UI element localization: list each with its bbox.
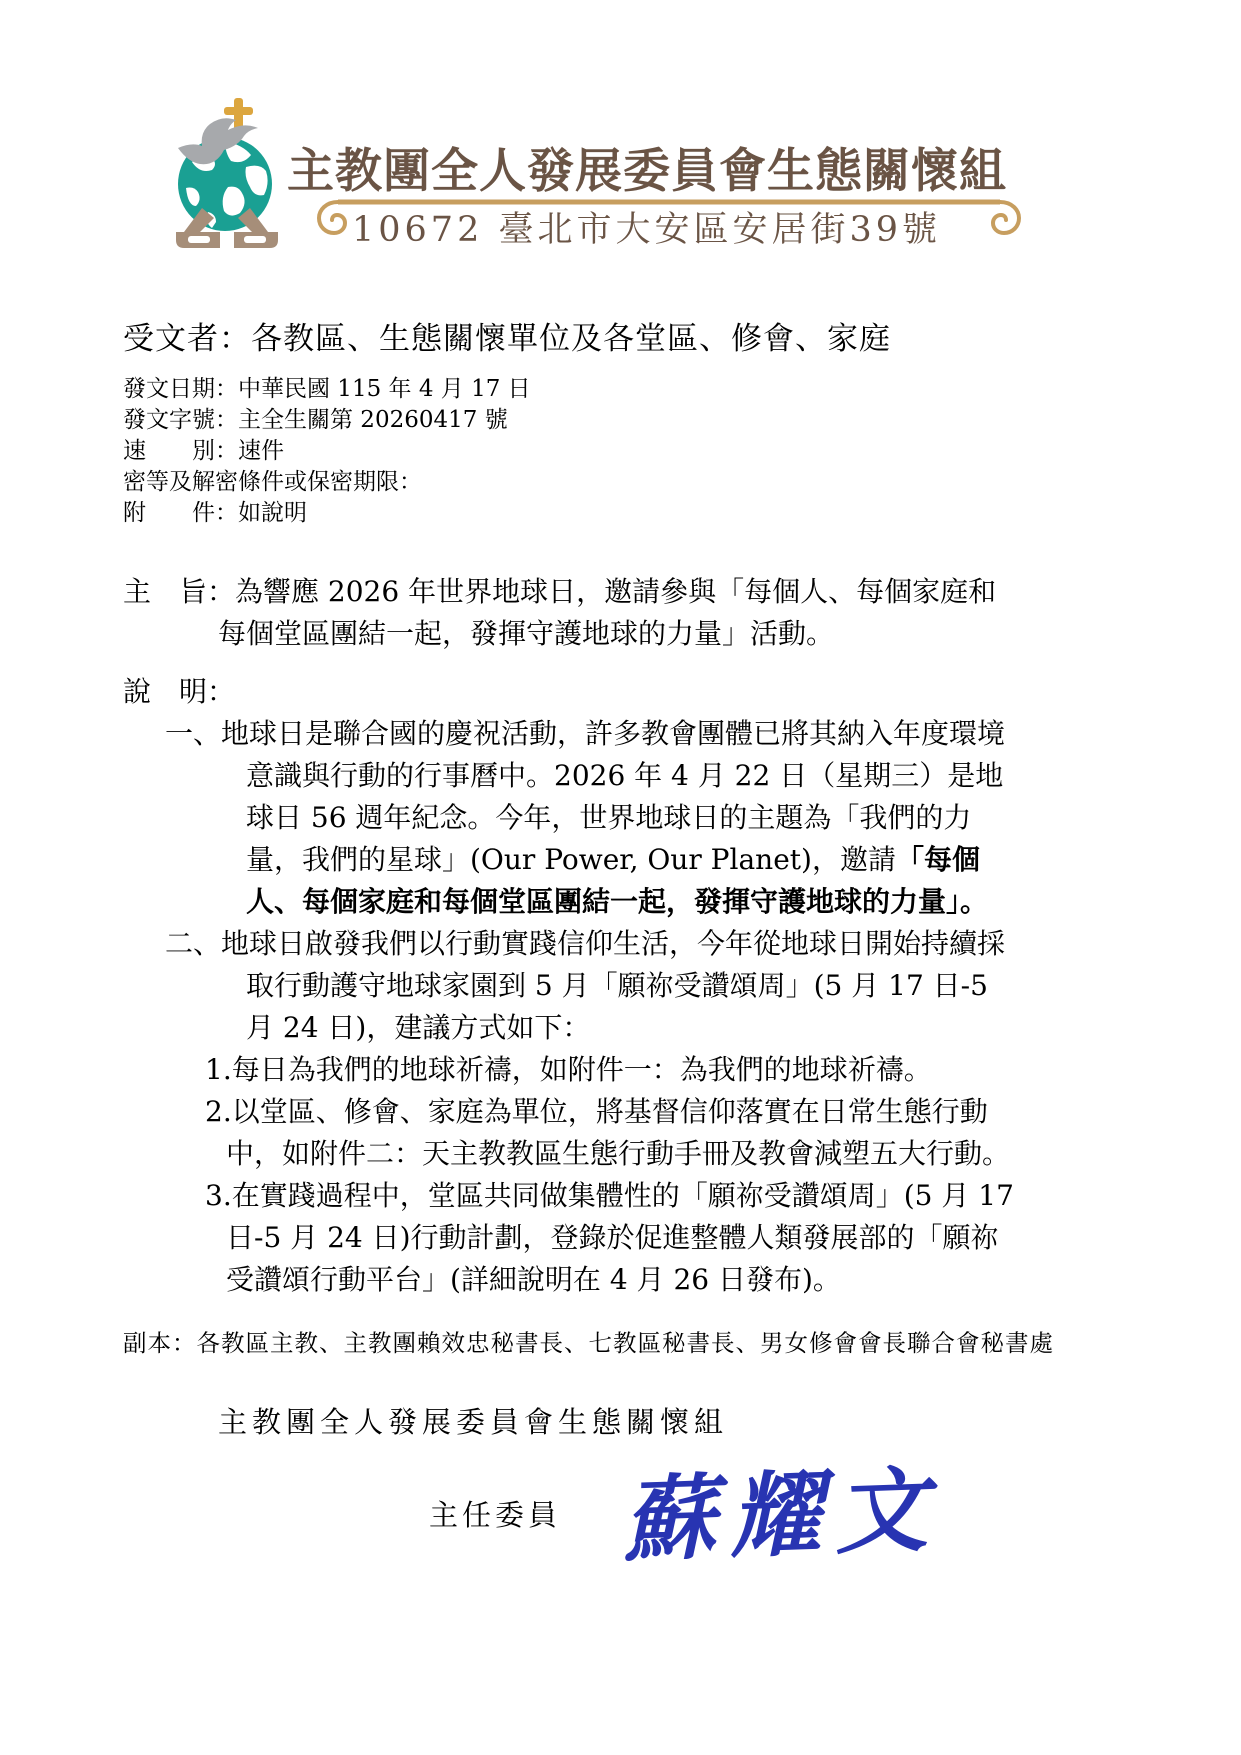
signer-title: 主任委員	[429, 1494, 561, 1536]
meta-priority: 速 別：速件	[123, 436, 1018, 467]
recipient-line: 受文者：各教區、生態關懷單位及各堂區、修會、家庭	[123, 318, 1018, 360]
org-logo	[168, 92, 286, 250]
item-marker: 一、	[165, 717, 221, 750]
meta-date: 發文日期：中華民國 115 年 4 月 17 日	[123, 374, 1018, 405]
meta-security: 密等及解密條件或保密期限：	[123, 467, 1018, 498]
footer-org-name: 主教團全人發展委員會生態關懷組	[218, 1401, 1018, 1443]
letter-body: 受文者：各教區、生態關懷單位及各堂區、修會、家庭 發文日期：中華民國 115 年…	[123, 318, 1018, 1561]
explanation-item-2: 二、地球日啟發我們以行動實踐信仰生活，今年從地球日開始持續採取行動護守地球家園到…	[123, 923, 1018, 1049]
signature-row: 主任委員 蘇耀文	[123, 1469, 1018, 1561]
sub-item-1: 1.每日為我們的地球祈禱，如附件一：為我們的地球祈禱。	[123, 1049, 1018, 1091]
subject-label: 主 旨：	[123, 575, 235, 608]
meta-attachment: 附 件：如說明	[123, 498, 1018, 529]
item-text: 地球日是聯合國的慶祝活動，許多教會團體已將其納入年度環境意識與行動的行事曆中。2…	[221, 717, 1005, 876]
explanation-label: 說 明：	[123, 671, 1018, 713]
org-address: 10672 臺北市大安區安居街39號	[352, 202, 941, 252]
signature: 蘇耀文	[622, 1463, 943, 1566]
org-title: 主教團全人發展委員會生態關懷組	[287, 134, 1007, 201]
sub-item-2: 2.以堂區、修會、家庭為單位，將基督信仰落實在日常生態行動中，如附件二：天主教教…	[123, 1091, 1018, 1175]
meta-doc-number: 發文字號：主全生關第 20260417 號	[123, 405, 1018, 436]
item-text: 地球日啟發我們以行動實踐信仰生活，今年從地球日開始持續採取行動護守地球家園到 5…	[221, 927, 1005, 1044]
explanation-item-1: 一、地球日是聯合國的慶祝活動，許多教會團體已將其納入年度環境意識與行動的行事曆中…	[123, 713, 1018, 923]
document-page: 主教團全人發展委員會生態關懷組 10672 臺北市大安區安居街39號 受文者：各…	[0, 0, 1241, 1755]
subject-text: 為響應 2026 年世界地球日，邀請參與「每個人、每個家庭和每個堂區團結一起，發…	[218, 575, 996, 650]
meta-block: 發文日期：中華民國 115 年 4 月 17 日 發文字號：主全生關第 2026…	[123, 374, 1018, 529]
item-marker: 二、	[165, 927, 221, 960]
sub-item-3: 3.在實踐過程中，堂區共同做集體性的「願祢受讚頌周」(5 月 17 日-5 月 …	[123, 1175, 1018, 1301]
subject-line: 主 旨：為響應 2026 年世界地球日，邀請參與「每個人、每個家庭和每個堂區團結…	[123, 571, 1018, 655]
copy-recipients-line: 副本：各教區主教、主教團賴效忠秘書長、七教區秘書長、男女修會會長聯合會秘書處	[123, 1327, 1018, 1359]
